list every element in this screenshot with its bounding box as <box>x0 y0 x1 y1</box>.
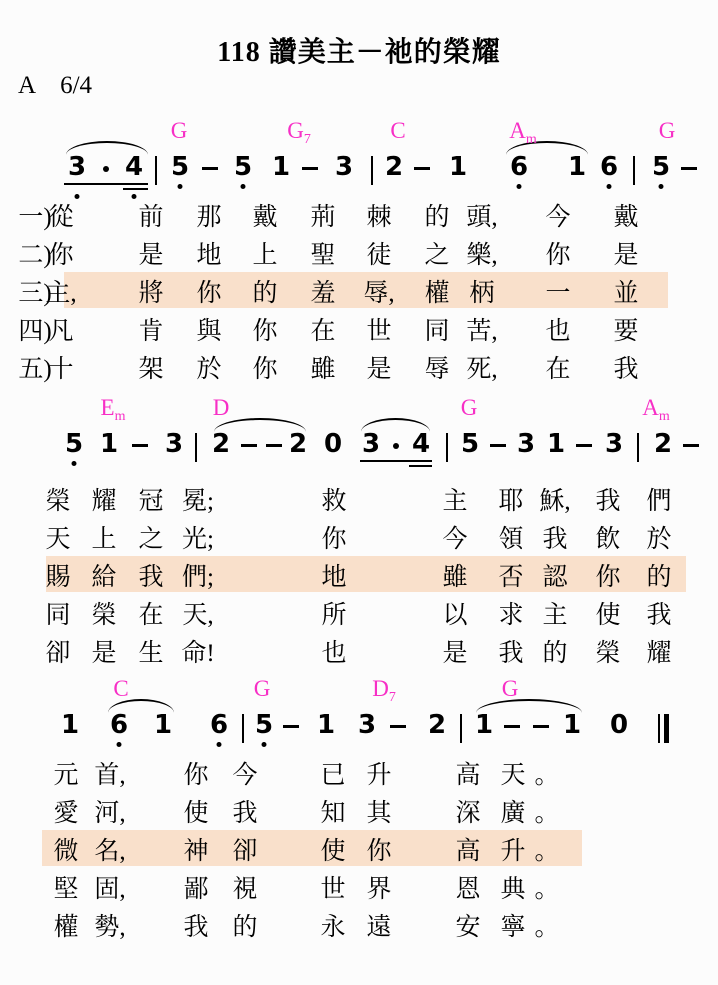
lyric-char: 你 <box>183 760 208 791</box>
lyric-char: 聖 <box>310 240 335 271</box>
lyric-char: 。 <box>534 912 559 943</box>
lyric-char: 在 <box>138 600 163 631</box>
note-digit: 1 <box>547 431 565 457</box>
lyric-char: 上 <box>91 524 116 555</box>
lyric-char: 天, <box>182 600 213 631</box>
lyric-char: 救 <box>321 486 346 517</box>
lyric-char: 榮 <box>595 638 620 669</box>
chord-symbol: Am <box>509 118 537 148</box>
chord-symbol: Em <box>101 395 126 425</box>
chord-symbol: D7 <box>372 676 396 706</box>
lyric-char: 在 <box>545 354 570 385</box>
lyric-char: 永 <box>320 912 345 943</box>
lyric-char: 我 <box>138 562 163 593</box>
lyric-char: 我 <box>232 798 257 829</box>
note-digit: 1 <box>317 712 335 738</box>
lyric-char: 的 <box>232 912 257 943</box>
lyric-char: 我 <box>595 486 620 517</box>
lyric-char: 是 <box>442 638 467 669</box>
lyric-char: 一 <box>545 278 570 309</box>
note-digit: 3 <box>165 431 183 457</box>
octave-dot <box>659 184 664 189</box>
lyric-char: 卻 <box>232 836 257 867</box>
lyric-char: 們 <box>646 486 671 517</box>
lyric-char: 辱, <box>363 278 394 309</box>
lyric-char: 耶 <box>498 486 523 517</box>
lyric-char: 也 <box>321 638 346 669</box>
lyric-char: 於 <box>196 354 221 385</box>
duration-dash <box>241 444 257 447</box>
note-digit: 6 <box>210 712 228 738</box>
lyric-char: 耀 <box>91 486 116 517</box>
chord-quality: m <box>526 132 537 147</box>
lyric-char: 十 <box>48 354 73 385</box>
lyric-char: 視 <box>232 874 257 905</box>
lyric-char: 升 <box>500 836 525 867</box>
note-digit: 2 <box>385 154 403 180</box>
lyric-char: 給 <box>91 562 116 593</box>
lyric-char: 神 <box>183 836 208 867</box>
lyric-char: 頭, <box>466 202 497 233</box>
octave-dot <box>72 461 77 466</box>
lyric-char: 我 <box>613 354 638 385</box>
note-digit: 1 <box>61 712 79 738</box>
chord-symbol: G <box>461 395 478 421</box>
lyric-char: 並 <box>613 278 638 309</box>
note-digit: 3 <box>68 154 86 180</box>
duration-dash <box>681 167 697 170</box>
barline <box>371 156 373 185</box>
lyric-char: 戴 <box>613 202 638 233</box>
note-digit: 1 <box>154 712 172 738</box>
lyric-char: 升 <box>366 760 391 791</box>
lyric-char: 同 <box>45 600 70 631</box>
note-digit: 3 <box>605 431 623 457</box>
lyric-char: 的 <box>542 638 567 669</box>
octave-dot <box>132 194 137 199</box>
note-digit: 6 <box>600 154 618 180</box>
lyric-block-2: 榮耀冠冕;救主耶穌,我們天上之光;你今領我飲於賜給我們;地雖否認你的同榮在天,所… <box>0 486 718 676</box>
note-digit: 5 <box>255 712 273 738</box>
lyric-char: 固, <box>94 874 125 905</box>
hymn-title: 118 讚美主－祂的榮耀 <box>0 30 718 70</box>
lyric-char: 你 <box>48 240 73 271</box>
lyric-char: 認 <box>542 562 567 593</box>
lyric-char: 的 <box>424 202 449 233</box>
lyric-char: 要 <box>613 316 638 347</box>
note-digit: 1 <box>568 154 586 180</box>
lyric-char: 苦, <box>466 316 497 347</box>
lyric-char: 冠 <box>138 486 163 517</box>
lyric-char: 耀 <box>646 638 671 669</box>
beam-line <box>123 188 148 190</box>
lyric-char: 否 <box>498 562 523 593</box>
lyric-char: 使 <box>320 836 345 867</box>
lyric-char: 寧 <box>500 912 525 943</box>
lyric-char: 遠 <box>366 912 391 943</box>
note-digit: 3 <box>362 431 380 457</box>
lyric-char: 我 <box>646 600 671 631</box>
lyric-char: 知 <box>320 798 345 829</box>
lyric-char: 堅 <box>53 874 78 905</box>
lyric-char: 前 <box>138 202 163 233</box>
lyric-char: 柄 <box>469 278 494 309</box>
note-digit: 5 <box>234 154 252 180</box>
lyric-char: 的 <box>646 562 671 593</box>
verse-number: 一) <box>18 202 51 233</box>
music-system-2: EmDGAm5132203453132 <box>0 395 718 479</box>
barline <box>195 433 197 462</box>
lyric-char: 高 <box>455 836 480 867</box>
duration-dash <box>390 725 406 728</box>
note-digit: 1 <box>563 712 581 738</box>
lyric-char: 界 <box>366 874 391 905</box>
lyric-char: 你 <box>366 836 391 867</box>
lyric-char: 命! <box>181 638 214 669</box>
lyric-char: 凡 <box>48 316 73 347</box>
beam-line <box>64 183 148 185</box>
rest-digit: 0 <box>324 431 342 457</box>
lyric-char: 光; <box>182 524 214 555</box>
rest-digit: 0 <box>610 712 628 738</box>
lyric-char: 你 <box>252 316 277 347</box>
note-digit: 2 <box>654 431 672 457</box>
lyric-char: 那 <box>196 202 221 233</box>
chord-symbol: Am <box>642 395 670 425</box>
lyric-char: 深 <box>455 798 480 829</box>
duration-dash <box>490 444 506 447</box>
lyric-char: 們; <box>182 562 214 593</box>
lyric-char: 你 <box>595 562 620 593</box>
lyric-char: 你 <box>252 354 277 385</box>
note-digit: 5 <box>65 431 83 457</box>
dotted-note-dot <box>103 166 109 172</box>
lyric-char: 已 <box>320 760 345 791</box>
chord-symbol: G <box>659 118 676 144</box>
lyric-char: 我 <box>183 912 208 943</box>
octave-dot <box>262 742 267 747</box>
lyric-char: 冕; <box>182 486 214 517</box>
lyric-char: 你 <box>545 240 570 271</box>
lyric-char: 權 <box>424 278 449 309</box>
key-letter: A <box>18 72 36 99</box>
chord-quality: 7 <box>304 132 311 147</box>
chord-symbol: G <box>171 118 188 144</box>
note-digit: 3 <box>335 154 353 180</box>
note-digit: 4 <box>125 154 143 180</box>
note-digit: 5 <box>171 154 189 180</box>
chord-symbol: D <box>213 395 230 421</box>
note-digit: 2 <box>289 431 307 457</box>
duration-dash <box>533 725 549 728</box>
lyric-char: 是 <box>91 638 116 669</box>
barline <box>242 714 244 743</box>
lyric-char: 今 <box>232 760 257 791</box>
lyric-char: 賜 <box>45 562 70 593</box>
time-signature: 6/4 <box>60 72 92 99</box>
final-barline <box>658 714 670 743</box>
lyric-char: 生 <box>138 638 163 669</box>
lyric-char: 於 <box>646 524 671 555</box>
lyric-char: 也 <box>545 316 570 347</box>
verse-number: 五) <box>18 354 51 385</box>
barline <box>633 156 635 185</box>
lyric-char: 是 <box>613 240 638 271</box>
lyric-char: 高 <box>455 760 480 791</box>
lyric-char: 飲 <box>595 524 620 555</box>
chord-quality: m <box>115 409 126 424</box>
lyric-char: 世 <box>366 316 391 347</box>
duration-dash <box>683 444 699 447</box>
lyric-char: 河, <box>94 798 125 829</box>
note-digit: 3 <box>358 712 376 738</box>
lyric-char: 我 <box>498 638 523 669</box>
final-barline-thin <box>658 714 660 743</box>
lyric-char: 從 <box>48 202 73 233</box>
lyric-char: 雖 <box>310 354 335 385</box>
lyric-char: 求 <box>498 600 523 631</box>
lyric-char: 榮 <box>91 600 116 631</box>
octave-dot <box>217 742 222 747</box>
music-system-1: GG7CAmG345513216165 <box>0 118 718 202</box>
note-digit: 1 <box>475 712 493 738</box>
lyric-char: 元 <box>53 760 78 791</box>
lyric-char: 恩 <box>455 874 480 905</box>
duration-dash <box>202 167 218 170</box>
lyric-char: 與 <box>196 316 221 347</box>
final-barline-thick <box>664 714 669 743</box>
lyric-char: 荊 <box>310 202 335 233</box>
octave-dot <box>75 194 80 199</box>
chord-symbol: C <box>390 118 405 144</box>
lyric-char: 你 <box>321 524 346 555</box>
lyric-char: 。 <box>534 836 559 867</box>
note-digit: 1 <box>272 154 290 180</box>
barline <box>460 714 462 743</box>
note-digit: 1 <box>100 431 118 457</box>
note-digit: 6 <box>510 154 528 180</box>
lyric-char: 微 <box>53 836 78 867</box>
note-digit: 1 <box>449 154 467 180</box>
lyric-char: 徒 <box>366 240 391 271</box>
lyric-char: 。 <box>534 874 559 905</box>
dotted-note-dot <box>393 443 399 449</box>
lyric-char: 之 <box>138 524 163 555</box>
lyric-char: 廣 <box>500 798 525 829</box>
lyric-char: 死, <box>466 354 497 385</box>
octave-dot <box>517 184 522 189</box>
lyric-char: 領 <box>498 524 523 555</box>
chord-symbol: G <box>254 676 271 702</box>
duration-dash <box>302 167 318 170</box>
lyric-char: 今 <box>442 524 467 555</box>
octave-dot <box>178 184 183 189</box>
lyric-char: 以 <box>442 600 467 631</box>
lyric-char: 之 <box>424 240 449 271</box>
lyric-char: 肯 <box>138 316 163 347</box>
lyric-char: 在 <box>310 316 335 347</box>
lyric-char: 安 <box>455 912 480 943</box>
note-digit: 2 <box>428 712 446 738</box>
lyric-char: 羞 <box>310 278 335 309</box>
lyric-char: 名, <box>94 836 125 867</box>
lyric-char: 辱 <box>424 354 449 385</box>
lyric-char: 架 <box>138 354 163 385</box>
duration-dash <box>266 444 282 447</box>
lyric-char: 。 <box>534 760 559 791</box>
chord-symbol: C <box>113 676 128 702</box>
lyric-char: 穌, <box>539 486 570 517</box>
duration-dash <box>504 725 520 728</box>
lyric-char: 典 <box>500 874 525 905</box>
lyric-char: 榮 <box>45 486 70 517</box>
lyric-char: 主 <box>542 600 567 631</box>
lyric-char: 勢, <box>94 912 125 943</box>
chord-quality: m <box>659 409 670 424</box>
lyric-char: 棘 <box>366 202 391 233</box>
verse-number: 二) <box>18 240 51 271</box>
lyric-char: 地 <box>196 240 221 271</box>
lyric-char: 主 <box>442 486 467 517</box>
duration-dash <box>414 167 430 170</box>
lyric-char: 鄙 <box>183 874 208 905</box>
note-digit: 3 <box>517 431 535 457</box>
note-digit: 4 <box>412 431 430 457</box>
chord-quality: 7 <box>389 690 396 705</box>
barline <box>446 433 448 462</box>
lyric-char: 的 <box>252 278 277 309</box>
lyric-char: 所 <box>321 600 346 631</box>
lyric-block-1: 一)從前那戴荊棘的頭,今戴二)你是地上聖徒之樂,你是三)主,將你的羞辱,權柄一並… <box>0 202 718 392</box>
note-digit: 6 <box>110 712 128 738</box>
music-system-3: CGD7G16165132110 <box>0 676 718 760</box>
lyric-char: 同 <box>424 316 449 347</box>
lyric-block-3: 元首,你今已升高天。愛河,使我知其深廣。微名,神卻使你高升。堅固,鄙視世界恩典。… <box>0 760 718 950</box>
verse-number: 四) <box>18 316 51 347</box>
lyric-char: 是 <box>366 354 391 385</box>
lyric-char: 將 <box>138 278 163 309</box>
key-signature: A6/4 <box>18 72 92 100</box>
lyric-char: 首, <box>94 760 125 791</box>
lyric-char: 權 <box>53 912 78 943</box>
hymn-page: 118 讚美主－祂的榮耀 A6/4 GG7CAmG345513216165EmD… <box>0 0 718 985</box>
lyric-char: 樂, <box>466 240 497 271</box>
octave-dot <box>607 184 612 189</box>
lyric-char: 卻 <box>45 638 70 669</box>
note-digit: 2 <box>212 431 230 457</box>
chord-symbol: G <box>502 676 519 702</box>
duration-dash <box>283 725 299 728</box>
lyric-char: 戴 <box>252 202 277 233</box>
lyric-char: 地 <box>321 562 346 593</box>
note-digit: 5 <box>461 431 479 457</box>
duration-dash <box>132 444 148 447</box>
beam-line <box>409 465 432 467</box>
octave-dot <box>241 184 246 189</box>
lyric-char: 雖 <box>442 562 467 593</box>
lyric-char: 其 <box>366 798 391 829</box>
lyric-char: 我 <box>542 524 567 555</box>
lyric-char: 今 <box>545 202 570 233</box>
lyric-char: 上 <box>252 240 277 271</box>
lyric-char: 。 <box>534 798 559 829</box>
lyric-char: 世 <box>320 874 345 905</box>
octave-dot <box>117 742 122 747</box>
lyric-char: 天 <box>500 760 525 791</box>
note-digit: 5 <box>652 154 670 180</box>
lyric-char: 天 <box>45 524 70 555</box>
lyric-char: 主, <box>45 278 76 309</box>
chord-symbol: G7 <box>287 118 311 148</box>
lyric-char: 愛 <box>53 798 78 829</box>
duration-dash <box>576 444 592 447</box>
barline <box>637 433 639 462</box>
lyric-char: 你 <box>196 278 221 309</box>
lyric-char: 是 <box>138 240 163 271</box>
barline <box>155 156 157 185</box>
lyric-char: 使 <box>183 798 208 829</box>
beam-line <box>360 460 432 462</box>
lyric-char: 使 <box>595 600 620 631</box>
